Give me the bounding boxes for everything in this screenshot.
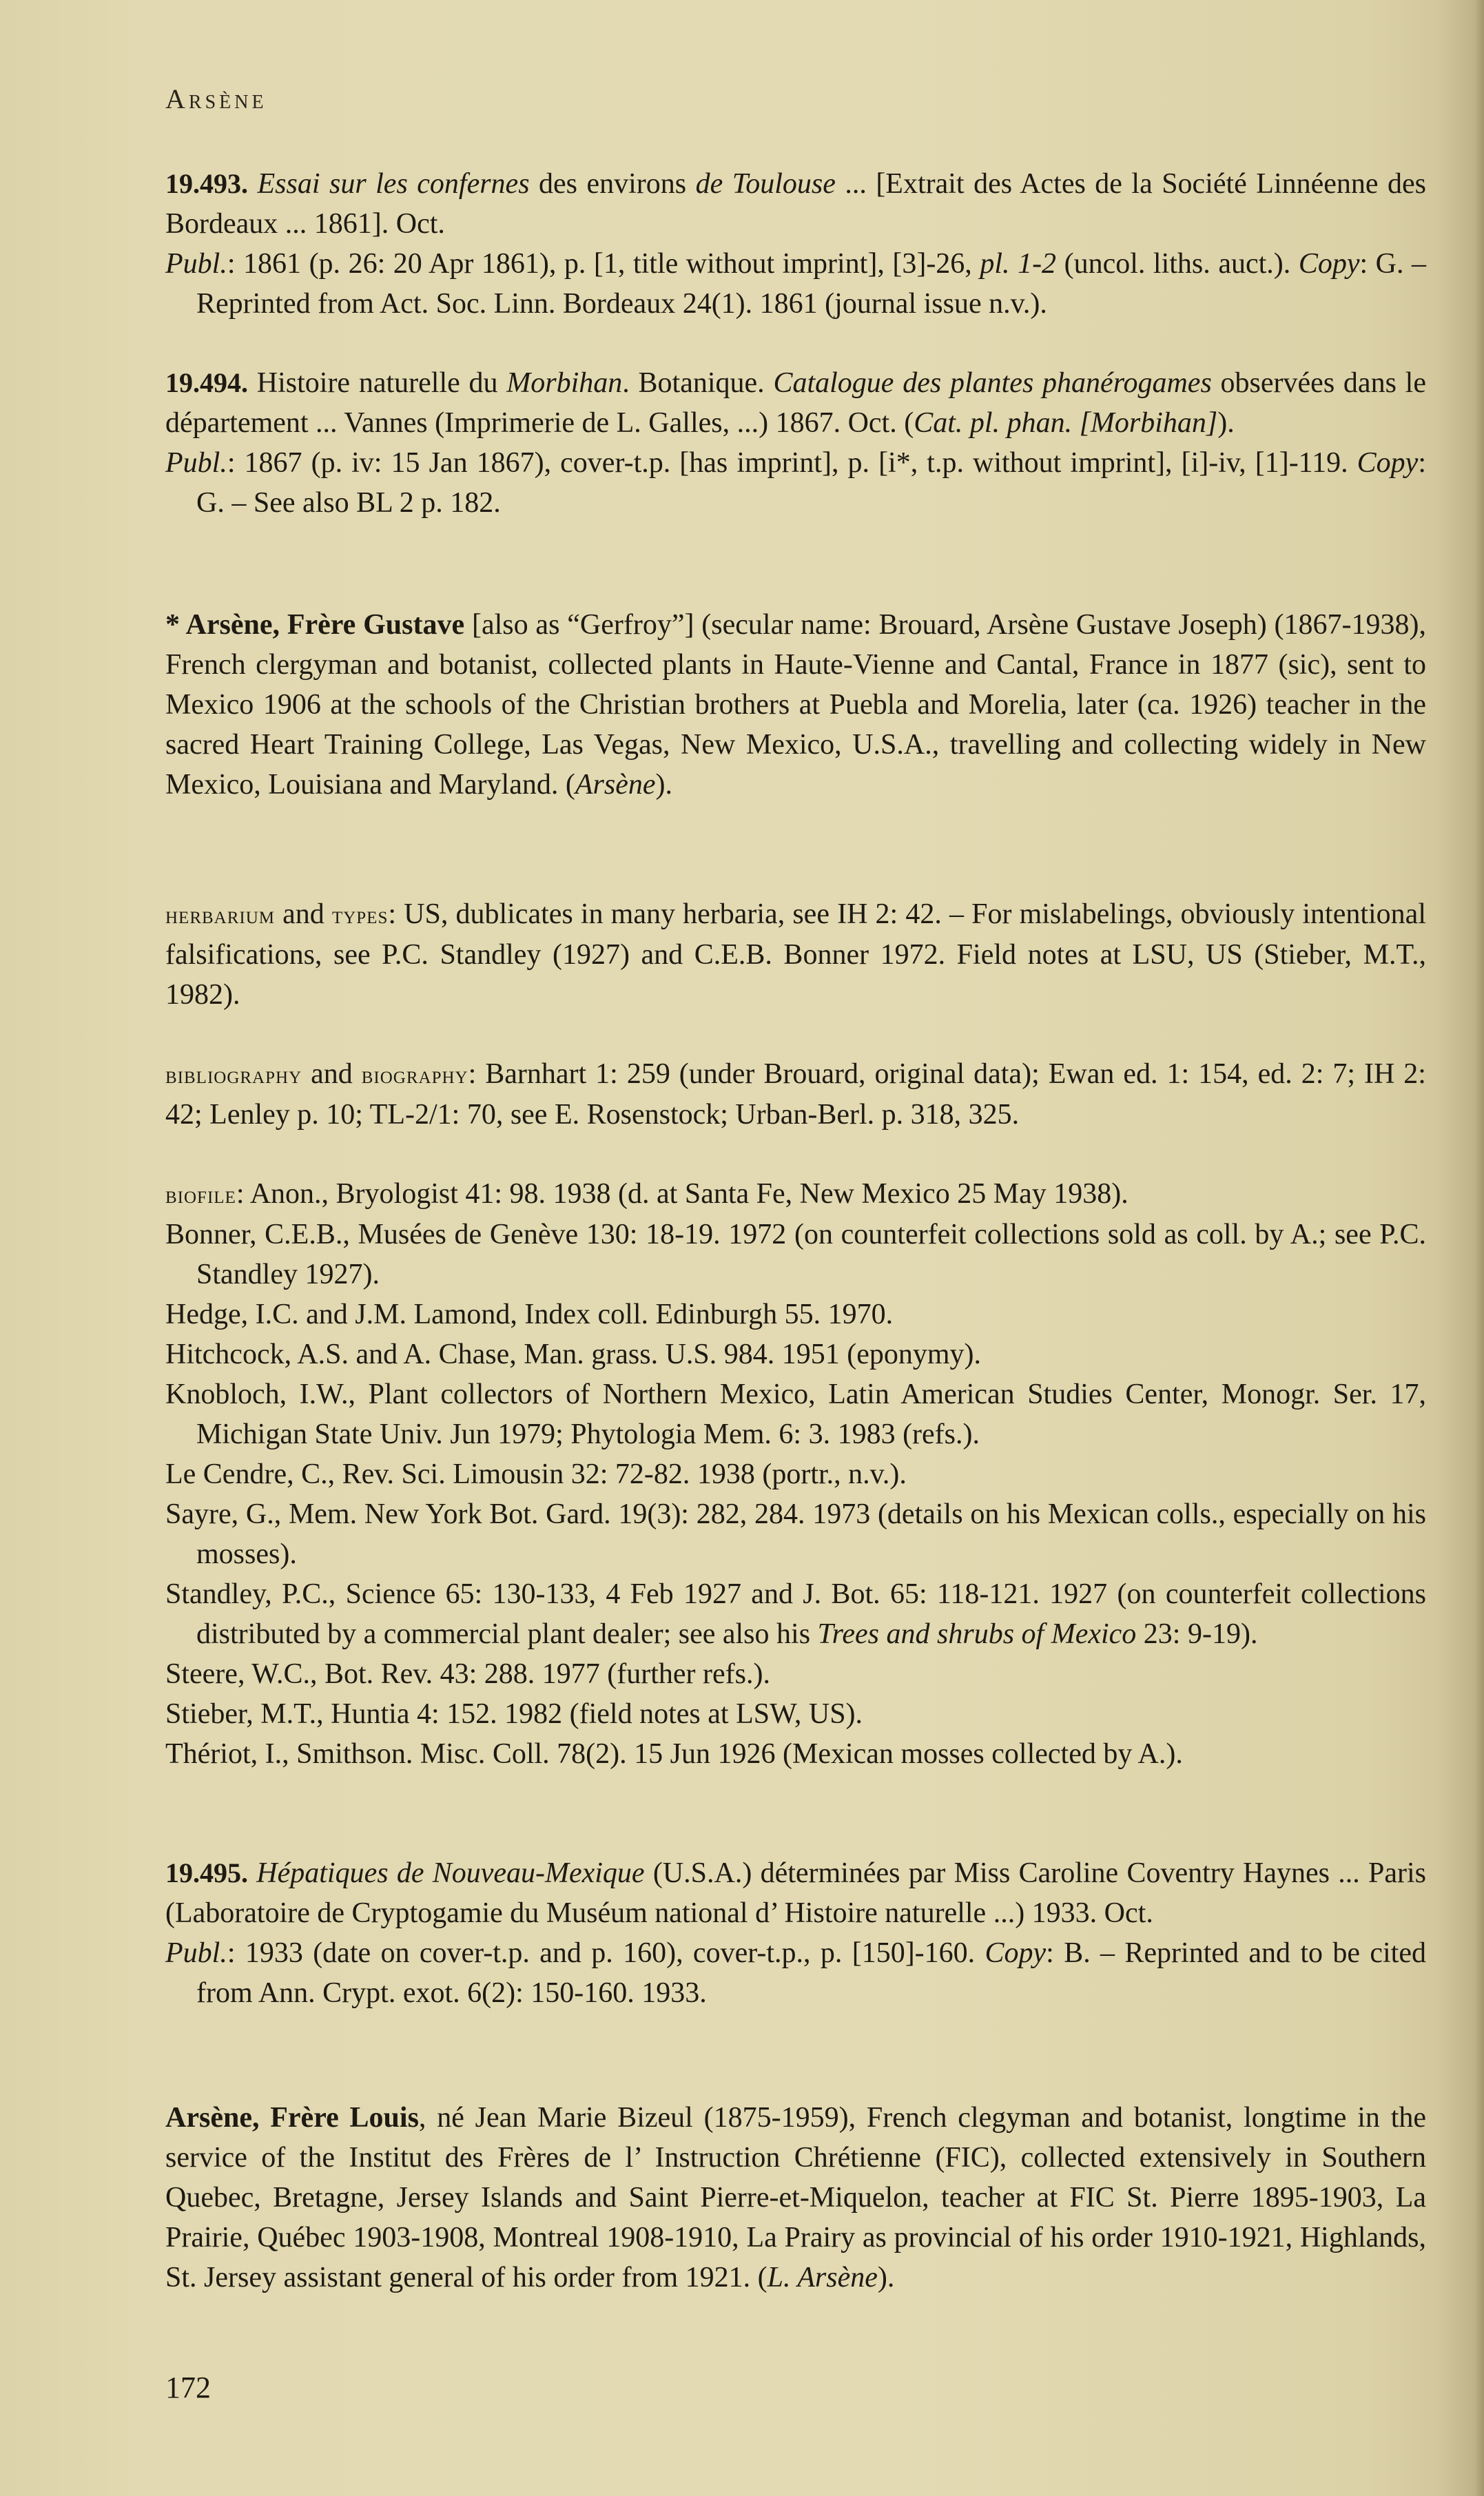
publ-label: Publ. xyxy=(165,248,227,280)
biofile-item: 23: 9-19). xyxy=(1136,1618,1257,1650)
entry-19-494: 19.494. Histoire naturelle du Morbihan. … xyxy=(165,363,1426,523)
herbarium-types: herbarium and types: US, dublicates in m… xyxy=(165,894,1426,1015)
entry-19-495: 19.495. Hépatiques de Nouveau-Mexique (U… xyxy=(165,1853,1426,2013)
title-italic: Hépatiques de Nouveau-Mexique xyxy=(256,1857,644,1889)
title-italic: Essai sur les confernes xyxy=(257,168,529,200)
page-number: 172 xyxy=(165,2370,211,2405)
connector: and xyxy=(302,1058,362,1090)
biofile-item: Thériot, I., Smithson. Misc. Coll. 78(2)… xyxy=(165,1738,1183,1770)
entry-number: 19.493. xyxy=(165,168,248,199)
biofile-item: Steere, W.C., Bot. Rev. 43: 288. 1977 (f… xyxy=(165,1658,770,1690)
copy-label: Copy xyxy=(1357,447,1419,479)
copy-label: Copy xyxy=(1299,248,1360,280)
publ-label: Publ. xyxy=(165,1937,227,1969)
publ-text: : 1867 (p. iv: 15 Jan 1867), cover-t.p. … xyxy=(227,447,1357,479)
section-label: herbarium xyxy=(165,901,275,929)
biofile-item: Sayre, G., Mem. New York Bot. Gard. 19(3… xyxy=(165,1498,1426,1570)
biofile-item: Bonner, C.E.B., Musées de Genève 130: 18… xyxy=(165,1219,1426,1290)
colon: : xyxy=(236,1178,250,1210)
biofile-item: Hitchcock, A.S. and A. Chase, Man. grass… xyxy=(165,1339,981,1370)
abbrev-italic: Cat. pl. phan. [Morbihan] xyxy=(914,407,1217,439)
author-bio: ). xyxy=(655,769,672,801)
copy-label: Copy xyxy=(985,1937,1047,1969)
publ-text: (uncol. liths. auct.). xyxy=(1056,248,1290,280)
biofile-item: Le Cendre, C., Rev. Sci. Limousin 32: 72… xyxy=(165,1458,907,1490)
section-label: biofile xyxy=(165,1181,236,1208)
publ-text: : 1933 (date on cover-t.p. and p. 160), … xyxy=(227,1937,985,1969)
author-name: Arsène, Frère Gustave xyxy=(186,609,465,641)
title-text: des environs xyxy=(530,168,696,200)
running-head: Arsène xyxy=(165,83,267,115)
publ-text: : 1861 (p. 26: 20 Apr 1861), p. [1, titl… xyxy=(227,248,980,280)
title-text: . Botanique. xyxy=(622,367,773,399)
asterisk-marker: * xyxy=(165,609,186,641)
biofile-item: Anon., Bryologist 41: 98. 1938 (d. at Sa… xyxy=(250,1178,1129,1210)
author-abbrev: L. Arsène xyxy=(767,2262,878,2293)
author-louis: Arsène, Frère Louis, né Jean Marie Bizeu… xyxy=(165,2098,1426,2298)
biofile-item: Knobloch, I.W., Plant collectors of Nort… xyxy=(165,1379,1426,1450)
entry-number: 19.494. xyxy=(165,367,248,398)
page-edge-shadow xyxy=(1474,0,1484,2496)
biofile: biofile: Anon., Bryologist 41: 98. 1938 … xyxy=(165,1174,1426,1774)
title-italic: de Toulouse xyxy=(696,168,836,200)
bibliography-biography: bibliography and biography: Barnhart 1: … xyxy=(165,1054,1426,1135)
entry-number: 19.495. xyxy=(165,1857,248,1888)
title-text: ). xyxy=(1217,407,1235,439)
connector: and xyxy=(275,898,332,930)
author-name: Arsène, Frère Louis xyxy=(165,2102,419,2134)
plates-italic: pl. 1-2 xyxy=(980,248,1056,280)
title-text: Histoire naturelle du xyxy=(248,367,506,399)
biofile-item: Stieber, M.T., Huntia 4: 152. 1982 (fiel… xyxy=(165,1698,863,1730)
title-italic: Catalogue des plantes phanérogames xyxy=(773,367,1211,399)
author-gustave: * Arsène, Frère Gustave [also as “Gerfro… xyxy=(165,605,1426,805)
book-title-italic: Trees and shrubs of Mexico xyxy=(818,1618,1137,1650)
title-italic: Morbihan xyxy=(506,367,622,399)
section-label: types xyxy=(332,901,388,929)
section-label: bibliography xyxy=(165,1061,302,1089)
author-abbrev: Arsène xyxy=(575,769,656,801)
entry-19-493: 19.493. Essai sur les confernes des envi… xyxy=(165,164,1426,324)
author-bio: ). xyxy=(878,2262,895,2293)
section-label: biography xyxy=(362,1061,468,1089)
biofile-item: Hedge, I.C. and J.M. Lamond, Index coll.… xyxy=(165,1299,893,1330)
publ-label: Publ. xyxy=(165,447,227,479)
